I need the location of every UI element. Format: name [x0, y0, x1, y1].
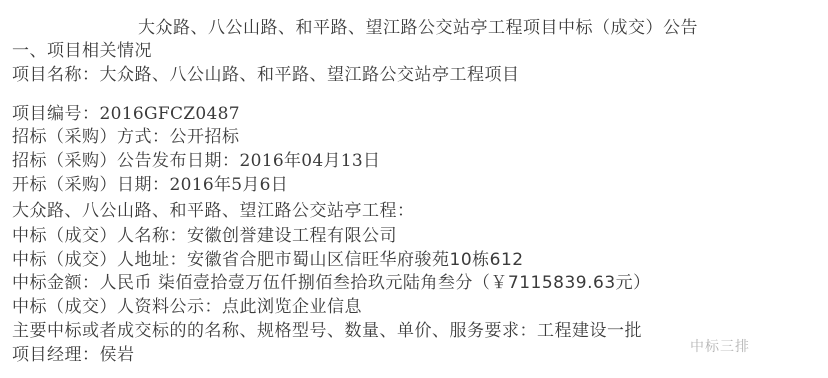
project-number-value: 2016GFCZ0487 [100, 104, 240, 124]
winner-name-value: 安徽创誉建设工程有限公司 [187, 226, 397, 246]
award-amount-label: 中标金额： [12, 273, 100, 293]
project-manager-value: 侯岩 [100, 345, 135, 365]
project-name-label: 项目名称： [12, 65, 100, 85]
project-number-label: 项目编号： [12, 104, 100, 124]
winner-name-label: 中标（成交）人名称： [12, 226, 187, 246]
document-title: 大众路、八公山路、和平路、望江路公交站亭工程项目中标（成交）公告 [138, 17, 698, 39]
main-items-value: 工程建设一批 [537, 321, 642, 341]
announcement-date-row: 招标（采购）公告发布日期：2016年04月13日 [12, 150, 380, 172]
award-amount-value: 人民币 柒佰壹拾壹万伍仟捌佰叁拾玖元陆角叁分（￥7115839.63元） [100, 273, 651, 293]
project-name-value: 大众路、八公山路、和平路、望江路公交站亭工程项目 [100, 65, 520, 85]
lot-name-label: 大众路、八公山路、和平路、望江路公交站亭工程： [12, 201, 415, 221]
procurement-method-value: 公开招标 [170, 127, 240, 147]
winner-info-link[interactable]: 点此浏览企业信息 [222, 297, 362, 317]
winner-info-label: 中标（成交）人资料公示： [12, 297, 222, 317]
opening-date-label: 开标（采购）日期： [12, 175, 170, 195]
project-manager-label: 项目经理： [12, 345, 100, 365]
lot-name-row: 大众路、八公山路、和平路、望江路公交站亭工程： [12, 200, 415, 222]
announcement-date-label: 招标（采购）公告发布日期： [12, 151, 240, 171]
project-number-row: 项目编号：2016GFCZ0487 [12, 103, 240, 125]
announcement-document: 大众路、八公山路、和平路、望江路公交站亭工程项目中标（成交）公告 一、项目相关情… [0, 0, 828, 378]
main-items-label: 主要中标或者成交标的的名称、规格型号、数量、单价、服务要求： [12, 321, 537, 341]
winner-address-row: 中标（成交）人地址：安徽省合肥市蜀山区信旺华府骏苑10栋612 [12, 249, 524, 271]
winner-address-value: 安徽省合肥市蜀山区信旺华府骏苑10栋612 [187, 250, 524, 270]
section-heading: 一、项目相关情况 [12, 40, 152, 62]
announcement-date-value: 2016年04月13日 [240, 151, 381, 171]
procurement-method-label: 招标（采购）方式： [12, 127, 170, 147]
winner-name-row: 中标（成交）人名称：安徽创誉建设工程有限公司 [12, 225, 397, 247]
procurement-method-row: 招标（采购）方式：公开招标 [12, 126, 240, 148]
award-amount-row: 中标金额：人民币 柒佰壹拾壹万伍仟捌佰叁拾玖元陆角叁分（￥7115839.63元… [12, 272, 651, 294]
winner-info-row: 中标（成交）人资料公示：点此浏览企业信息 [12, 296, 362, 318]
watermark: 中标三排 [690, 336, 750, 356]
project-name-row: 项目名称：大众路、八公山路、和平路、望江路公交站亭工程项目 [12, 64, 520, 86]
project-manager-row: 项目经理：侯岩 [12, 344, 135, 366]
opening-date-value: 2016年5月6日 [170, 175, 289, 195]
opening-date-row: 开标（采购）日期：2016年5月6日 [12, 174, 288, 196]
winner-address-label: 中标（成交）人地址： [12, 250, 187, 270]
main-items-row: 主要中标或者成交标的的名称、规格型号、数量、单价、服务要求：工程建设一批 [12, 320, 642, 342]
